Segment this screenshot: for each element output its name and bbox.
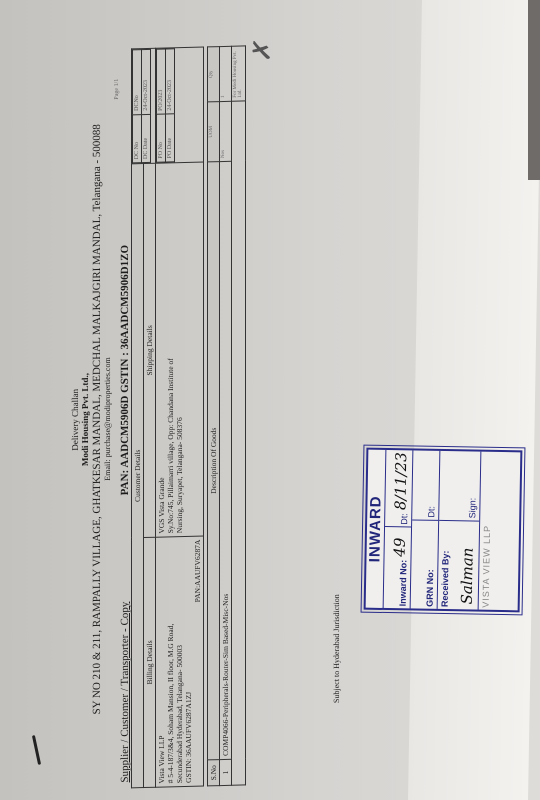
sign-label: Sign: (467, 498, 477, 519)
shipping-details-header: Shipping Details (143, 163, 155, 537)
dc-no-label: DC No (132, 114, 141, 163)
delivery-challan: Delivery Challan Modi Housing Pvt. Ltd.,… (70, 42, 370, 790)
grn-no-label: GRN No: (425, 569, 436, 607)
po-date-value: 24-Oct-2023 (165, 49, 174, 115)
company-email: Email: purchase@modiproperties.com (103, 49, 112, 789)
row-uom: Nos (219, 101, 231, 161)
challan-header: Delivery Challan Modi Housing Pvt. Ltd.,… (70, 49, 113, 790)
inward-date-label: Dt: (399, 513, 409, 525)
billing-address: Vista View LLP # 5-4-187/3&4, Soham Mans… (155, 536, 203, 787)
col-qty: Qty (207, 47, 219, 102)
grn-date-label: Dt: (426, 506, 436, 518)
inward-date-value: 8/11/23 (391, 452, 410, 510)
billing-details-header: Billing Details (143, 537, 155, 787)
inward-no-value: 49 (391, 537, 409, 556)
shipping-line: Nursing, Suryapet, Telangana- 508376 (175, 166, 184, 533)
col-uom: UOM (207, 102, 219, 162)
billing-line: Vista View LLP (157, 540, 166, 783)
received-by-label: Received By: (440, 550, 451, 607)
desk-edge (528, 0, 540, 180)
shipping-line: Sy.No:745, Pillaimarri village, Opp: Cha… (166, 166, 175, 533)
jurisdiction-note: Subject to Hyderabad Jurisdiction (332, 594, 341, 703)
received-by-value: Salman (458, 547, 477, 604)
pan-gstin: PAN: AADCM5906D GSTIN : 36AADCM5906D1ZO (119, 245, 131, 496)
po-date-label: PO Date (165, 114, 174, 162)
col-sno: S.No (207, 760, 219, 786)
billing-line: # 5-4-187/3&4, Soham Mansion, II floor, … (166, 540, 175, 783)
doc-title: Delivery Challan (70, 50, 80, 790)
page-number: Page 1/1 (114, 79, 120, 100)
company-address: SY NO 210 & 211, RAMPALLY VILLAGE, GHATK… (91, 49, 104, 789)
copy-label: Supplier / Customer / Transporter - Copy (119, 602, 131, 783)
billing-line: PAN:AAUFV6287A (193, 540, 202, 783)
company-name: Modi Housing Pvt. Ltd., (80, 49, 90, 789)
row-sno: 1 (219, 759, 231, 785)
goods-header: Description Of Goods (207, 162, 219, 760)
shipping-line: VGS Vista Grande (157, 166, 166, 533)
row-description: COMP4066-Peripherals-Router-Sim Based-Mi… (219, 161, 231, 759)
inward-no-label: Inward No: (398, 560, 409, 607)
row-qty: 1 (219, 46, 231, 101)
po-no-value: PO/2023 (156, 49, 165, 115)
dc-date-value: 24-Oct-2023 (141, 49, 150, 114)
billing-line: Secunderabad Hyderabad, Telangana- 50000… (175, 540, 184, 783)
authorised-signatory: For Modi Housing Pvt. Ltd. (231, 46, 245, 101)
inward-stamp: INWARD Inward No:49 Dt:8/11/23 GRN No: D… (364, 448, 523, 613)
billing-line: GSTIN: 36AAUFV6287A1ZJ (184, 540, 193, 783)
dc-date-label: DC Date (141, 114, 150, 163)
goods-table: S.No Description Of Goods UOM Qty 1 COMP… (207, 45, 246, 786)
stamp-project: VISTA VIEW LLP (479, 452, 496, 610)
customer-details-header: Customer Details (131, 164, 143, 788)
paper-strip (408, 0, 540, 800)
po-no-label: PO No (156, 114, 165, 162)
dc-no-value: DCNo (132, 50, 141, 115)
customer-details-table: Customer Details DC NoDCNo DC Date24-Oct… (131, 47, 204, 789)
shipping-address: VGS Vista Grande Sy.No:745, Pillaimarri … (155, 162, 203, 537)
table-row: 1 COMP4066-Peripherals-Router-Sim Based-… (219, 46, 231, 785)
